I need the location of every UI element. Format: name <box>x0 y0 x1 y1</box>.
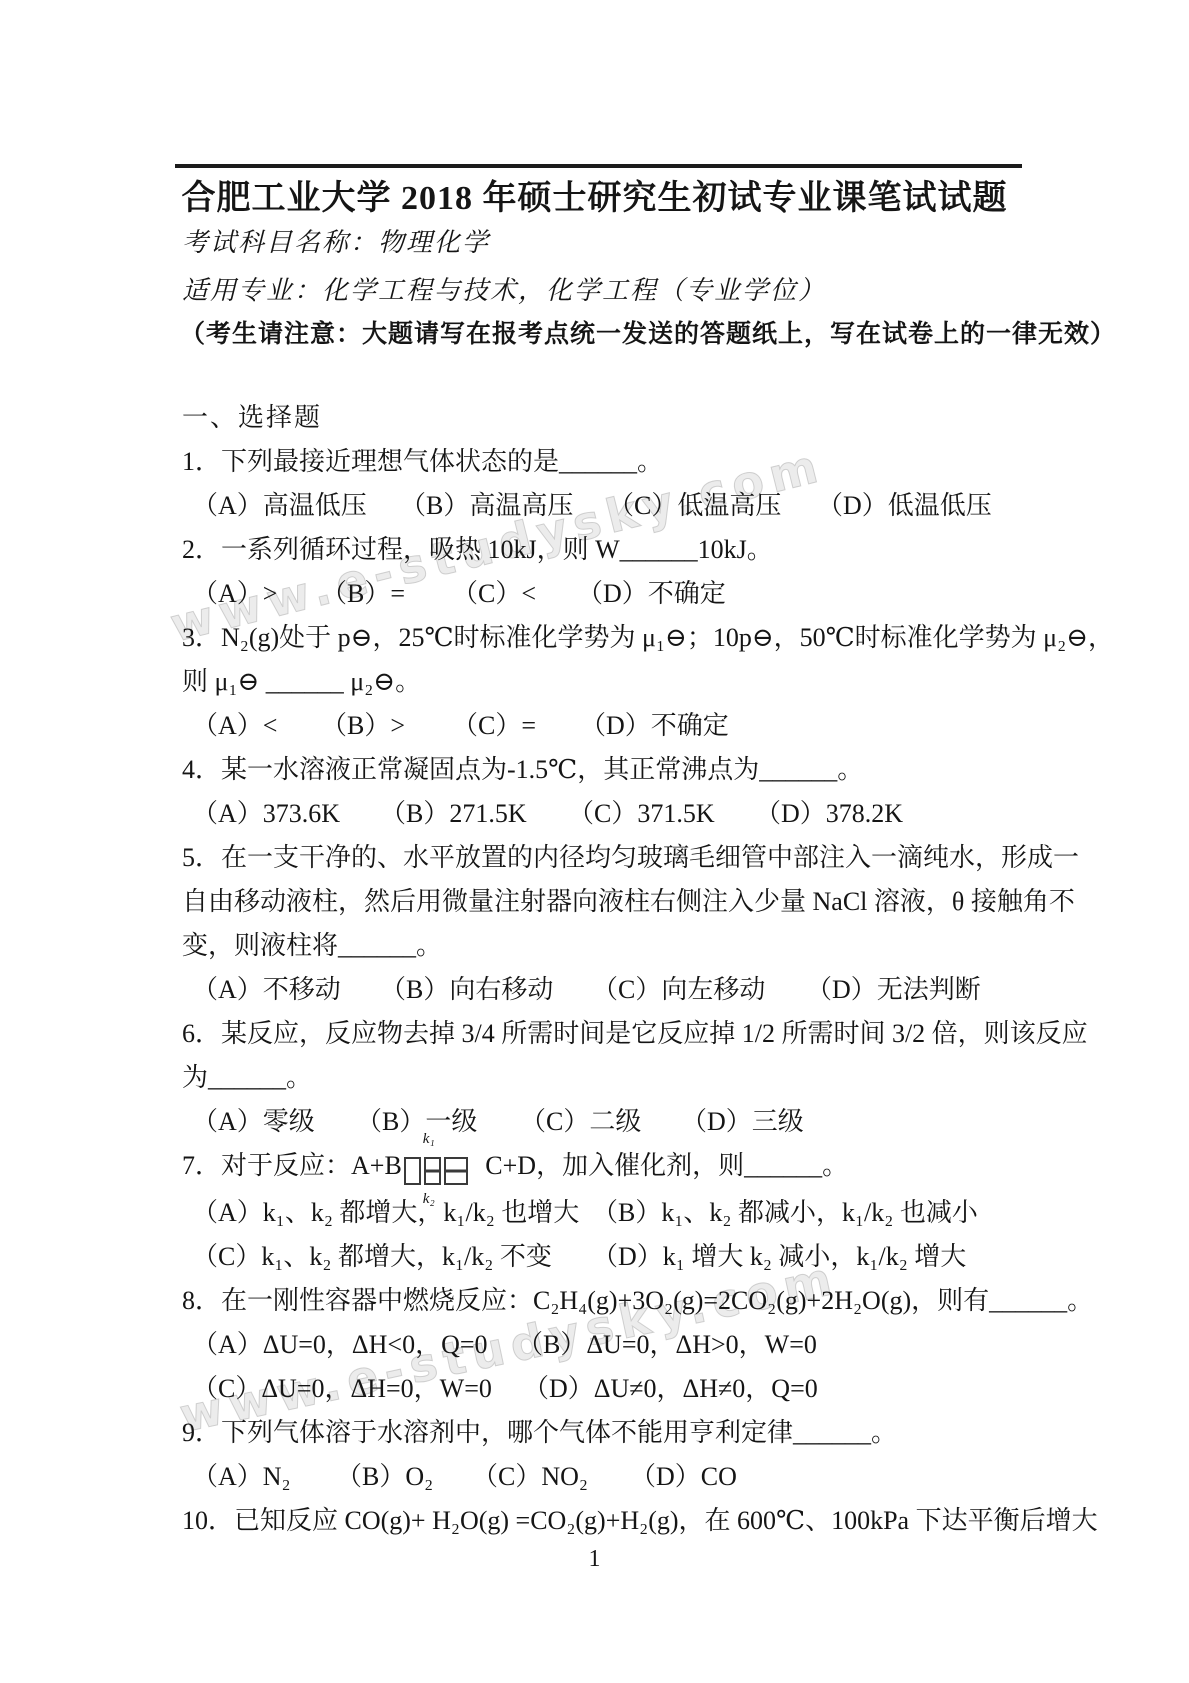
option-c: （C）= <box>452 704 580 748</box>
question-8: 8．在一刚性容器中燃烧反应：C₂H₄(g)+3O₂(g)=2CO₂(g)+2H₂… <box>182 1279 1032 1411</box>
question-options-row: （A）高温低压 （B）高温高压 （C）低温高压 （D）低温低压 <box>182 484 1032 528</box>
exam-major-line: 适用专业：化学工程与技术，化学工程（专业学位） <box>182 270 826 307</box>
option-c: （C）低温高压 <box>608 484 817 528</box>
question-options-row: （C）ΔU=0，ΔH=0，W=0 （D）ΔU≠0，ΔH≠0，Q=0 <box>182 1367 1032 1411</box>
question-stem: 8．在一刚性容器中燃烧反应：C₂H₄(g)+3O₂(g)=2CO₂(g)+2H₂… <box>182 1279 1032 1323</box>
stem-prefix: 7．对于反应：A+B <box>182 1151 402 1180</box>
option-a: （A）k₁、k₂ 都增大，k₁/k₂ 也增大 <box>192 1191 592 1235</box>
exam-subject-line: 考试科目名称：物理化学 <box>182 222 490 259</box>
option-b: （B）k₁、k₂ 都减小，k₁/k₂ 也减小 <box>592 1191 978 1235</box>
equilibrium-reaction-glyphs: k₁k₂ <box>404 1147 471 1191</box>
option-a: （A）< <box>192 704 321 748</box>
stem-suffix: C+D，加入催化剂，则______。 <box>479 1151 848 1180</box>
option-c: （C）二级 <box>520 1100 681 1144</box>
option-d: （D）ΔU≠0，ΔH≠0，Q=0 <box>523 1367 818 1411</box>
questions-section: 一、选择题 1．下列最接近理想气体状态的是______。 （A）高温低压 （B）… <box>182 396 1032 1543</box>
question-stem: 10．已知反应 CO(g)+ H₂O(g) =CO₂(g)+H₂(g)，在 60… <box>182 1499 1032 1543</box>
exam-paper-page: www.e-studysky.com www.e-studysky.com 合肥… <box>0 0 1189 1683</box>
option-a: （A）373.6K <box>192 792 380 836</box>
page-title: 合肥工业大学 2018 年硕士研究生初试专业课笔试试题 <box>0 170 1189 219</box>
option-d: （D）无法判断 <box>806 968 981 1012</box>
exam-notice: （考生请注意：大题请写在报考点统一发送的答题纸上，写在试卷上的一律无效） <box>180 314 1116 350</box>
question-options-row: （A）ΔU=0，ΔH<0，Q=0 （B）ΔU=0，ΔH>0，W=0 <box>182 1323 1032 1367</box>
option-b: （B）> <box>321 704 452 748</box>
question-stem: 6．某反应，反应物去掉 3/4 所需时间是它反应掉 1/2 所需时间 3/2 倍… <box>182 1012 1032 1056</box>
question-options-row: （A）k₁、k₂ 都增大，k₁/k₂ 也增大 （B）k₁、k₂ 都减小，k₁/k… <box>182 1191 1032 1235</box>
question-options-row: （A）< （B）> （C）= （D）不确定 <box>182 704 1032 748</box>
question-stem: 则 μ₁⊖ ______ μ₂⊖。 <box>182 660 1032 704</box>
question-6: 6．某反应，反应物去掉 3/4 所需时间是它反应掉 1/2 所需时间 3/2 倍… <box>182 1012 1032 1144</box>
question-9: 9．下列气体溶于水溶剂中，哪个气体不能用亨利定律______。 （A）N₂ （B… <box>182 1411 1032 1499</box>
option-b: （B）= <box>321 572 452 616</box>
option-d: （D）不确定 <box>577 572 726 616</box>
option-b: （B）高温高压 <box>400 484 608 528</box>
question-10: 10．已知反应 CO(g)+ H₂O(g) =CO₂(g)+H₂(g)，在 60… <box>182 1499 1032 1543</box>
option-c: （C）NO₂ <box>472 1455 630 1499</box>
question-4: 4．某一水溶液正常凝固点为-1.5℃，其正常沸点为______。 （A）373.… <box>182 748 1032 836</box>
rate-constant-k1: k₁ <box>423 1132 435 1147</box>
option-a: （A）> <box>192 572 321 616</box>
question-options-row: （A）373.6K （B）271.5K （C）371.5K （D）378.2K <box>182 792 1032 836</box>
option-b: （B）向右移动 <box>380 968 592 1012</box>
question-stem: 变，则液柱将______。 <box>182 924 1032 968</box>
option-d: （D）低温低压 <box>817 484 992 528</box>
option-a: （A）高温低压 <box>192 484 400 528</box>
option-d: （D）k₁ 增大 k₂ 减小，k₁/k₂ 增大 <box>592 1235 966 1279</box>
question-options-row: （A）零级 （B）一级 （C）二级 （D）三级 <box>182 1100 1032 1144</box>
option-b: （B）一级 <box>356 1100 520 1144</box>
missing-glyph-box-icon <box>404 1157 421 1185</box>
option-b: （B）ΔU=0，ΔH>0，W=0 <box>517 1323 817 1367</box>
option-d: （D）378.2K <box>755 792 903 836</box>
question-stem: 2．一系列循环过程，吸热 10kJ，则 W______10kJ。 <box>182 528 1032 572</box>
rate-constant-k2: k₂ <box>423 1192 435 1207</box>
option-a: （A）零级 <box>192 1100 356 1144</box>
option-a: （A）不移动 <box>192 968 380 1012</box>
question-stem: 自由移动液柱，然后用微量注射器向液柱右侧注入少量 NaCl 溶液，θ 接触角不 <box>182 880 1032 924</box>
option-c: （C）371.5K <box>568 792 755 836</box>
option-c: （C）k₁、k₂ 都增大，k₁/k₂ 不变 <box>192 1235 592 1279</box>
option-b: （B）271.5K <box>380 792 568 836</box>
question-options-row: （A）不移动 （B）向右移动 （C）向左移动 （D）无法判断 <box>182 968 1032 1012</box>
option-c: （C）ΔU=0，ΔH=0，W=0 <box>192 1367 523 1411</box>
question-stem: 4．某一水溶液正常凝固点为-1.5℃，其正常沸点为______。 <box>182 748 1032 792</box>
question-stem: 9．下列气体溶于水溶剂中，哪个气体不能用亨利定律______。 <box>182 1411 1032 1455</box>
option-a: （A）ΔU=0，ΔH<0，Q=0 <box>192 1323 517 1367</box>
title-rule <box>175 164 1022 168</box>
option-a: （A）N₂ <box>192 1455 336 1499</box>
option-d: （D）三级 <box>681 1100 804 1144</box>
question-stem: 3．N₂(g)处于 p⊖，25℃时标准化学势为 μ₁⊖；10p⊖，50℃时标准化… <box>182 616 1032 660</box>
question-stem: 5．在一支干净的、水平放置的内径均匀玻璃毛细管中部注入一滴纯水，形成一 <box>182 836 1032 880</box>
option-c: （C）< <box>452 572 577 616</box>
question-7: 7．对于反应：A+Bk₁k₂ C+D，加入催化剂，则______。 （A）k₁、… <box>182 1144 1032 1279</box>
page-number: 1 <box>0 1546 1189 1573</box>
option-c: （C）向左移动 <box>592 968 806 1012</box>
question-options-row: （A）> （B）= （C）< （D）不确定 <box>182 572 1032 616</box>
question-1: 1．下列最接近理想气体状态的是______。 （A）高温低压 （B）高温高压 （… <box>182 440 1032 528</box>
question-options-row: （A）N₂ （B）O₂ （C）NO₂ （D）CO <box>182 1455 1032 1499</box>
missing-glyph-box-icon <box>424 1157 441 1185</box>
missing-glyph-box-icon <box>444 1157 468 1185</box>
question-options-row: （C）k₁、k₂ 都增大，k₁/k₂ 不变 （D）k₁ 增大 k₂ 减小，k₁/… <box>182 1235 1032 1279</box>
option-d: （D）不确定 <box>580 704 729 748</box>
section-title: 一、选择题 <box>182 396 1032 440</box>
question-5: 5．在一支干净的、水平放置的内径均匀玻璃毛细管中部注入一滴纯水，形成一 自由移动… <box>182 836 1032 1012</box>
question-stem: 为______。 <box>182 1056 1032 1100</box>
question-stem: 1．下列最接近理想气体状态的是______。 <box>182 440 1032 484</box>
question-stem: 7．对于反应：A+Bk₁k₂ C+D，加入催化剂，则______。 <box>182 1144 1032 1191</box>
option-b: （B）O₂ <box>336 1455 472 1499</box>
question-3: 3．N₂(g)处于 p⊖，25℃时标准化学势为 μ₁⊖；10p⊖，50℃时标准化… <box>182 616 1032 748</box>
option-d: （D）CO <box>630 1455 737 1499</box>
question-2: 2．一系列循环过程，吸热 10kJ，则 W______10kJ。 （A）> （B… <box>182 528 1032 616</box>
